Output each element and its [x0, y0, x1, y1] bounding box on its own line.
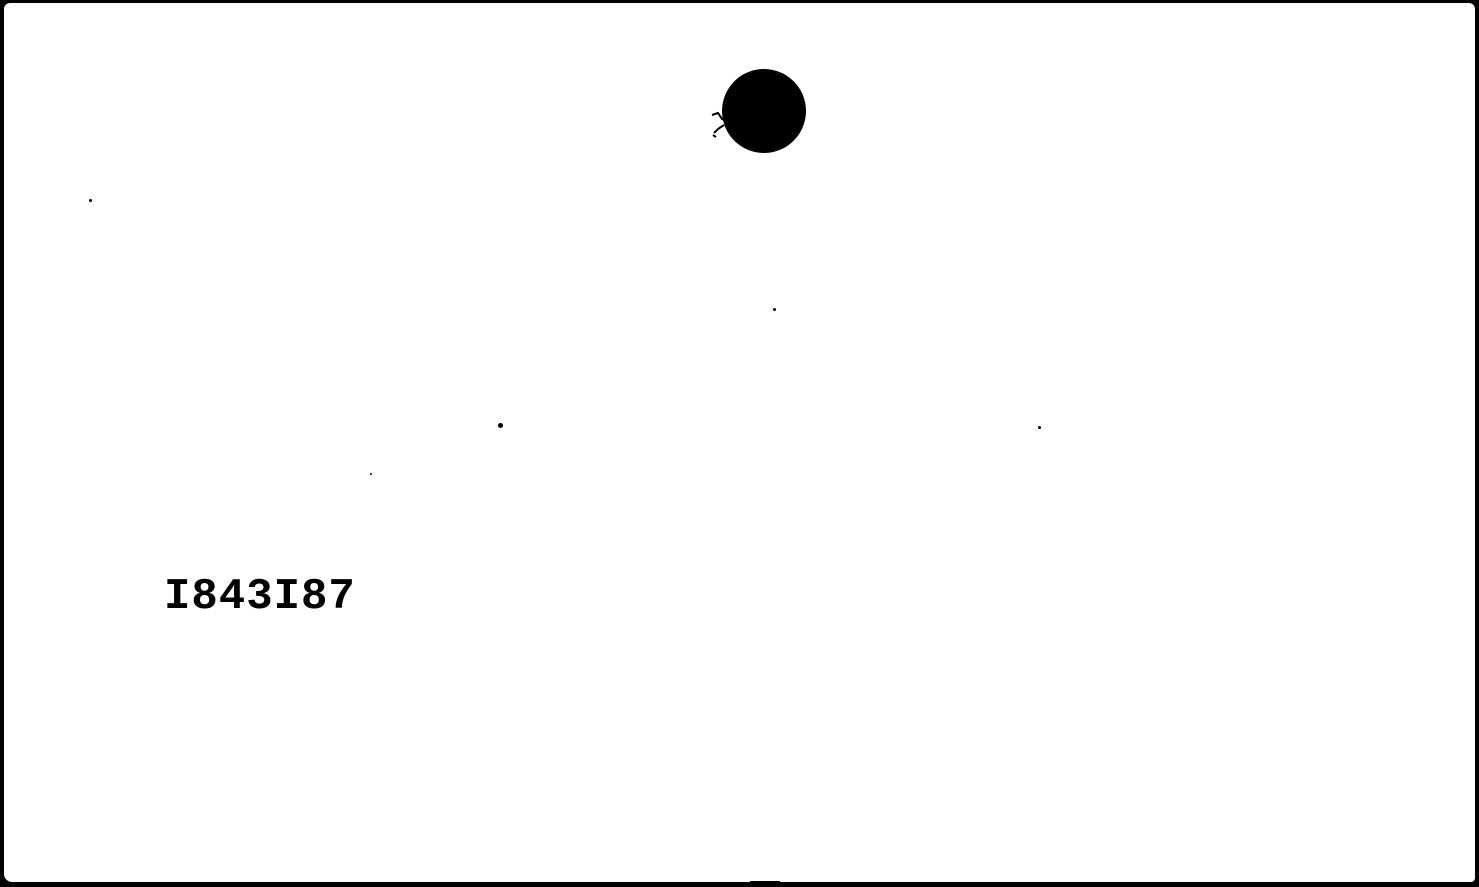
scan-background: I843I87 [0, 0, 1479, 887]
scan-edge-noise [600, 880, 1200, 884]
dust-speck [773, 308, 776, 311]
dust-speck [89, 199, 92, 202]
index-card: I843I87 [4, 3, 1475, 882]
dust-speck [1038, 426, 1041, 429]
catalog-number: I843I87 [164, 575, 356, 619]
punch-hole-icon [717, 64, 812, 159]
dust-speck [498, 423, 503, 428]
dust-speck [370, 473, 372, 475]
torn-paper-icon [710, 111, 728, 139]
